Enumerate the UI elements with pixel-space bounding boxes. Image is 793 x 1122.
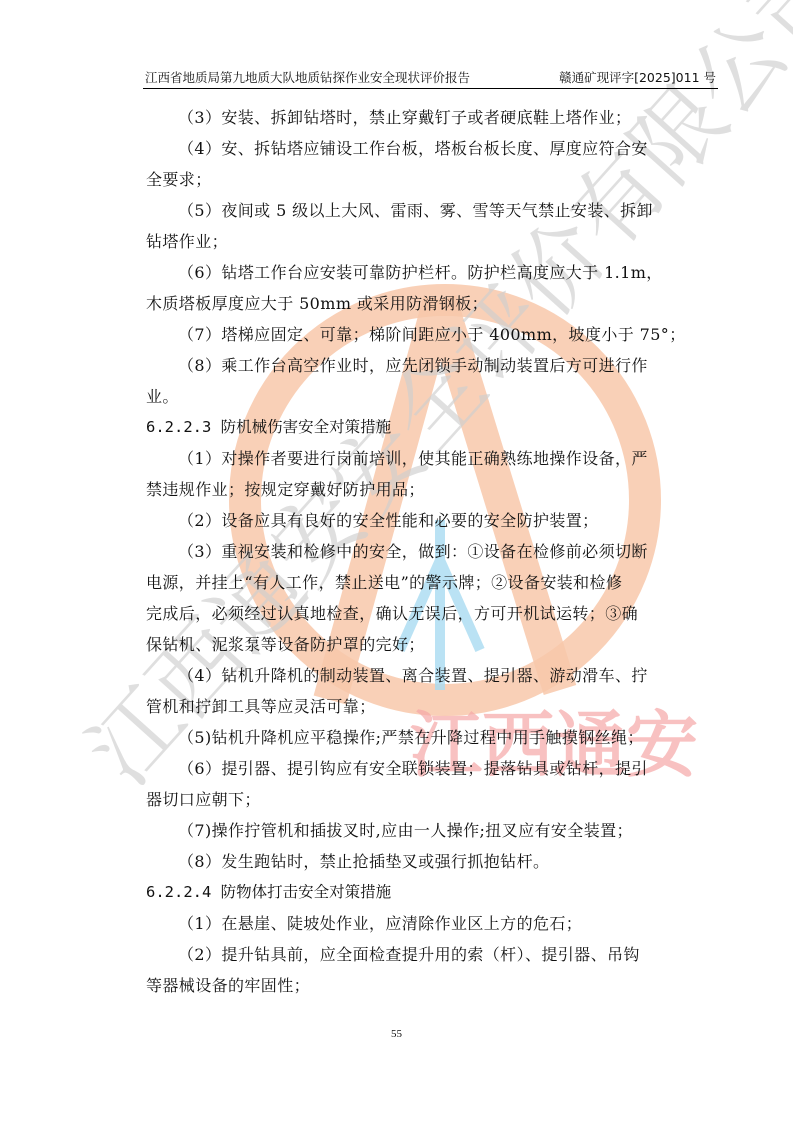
paragraph-line: （5）夜间或 5 级以上大风、雷雨、雾、雪等天气禁止安装、拆卸: [146, 195, 718, 226]
paragraph-line: （1）对操作者要进行岗前培训，使其能正确熟练地操作设备，严: [146, 443, 718, 474]
paragraph-line: 木质塔板厚度应大于 50mm 或采用防滑钢板；: [146, 288, 718, 319]
document-number: 赣通矿现评字[2025]011 号: [559, 70, 716, 86]
body-text: （3）安装、拆卸钻塔时，禁止穿戴钉子或者硬底鞋上塔作业；（4）安、拆钻塔应铺设工…: [146, 102, 718, 1001]
paragraph-line: （6）提引器、提引钩应有安全联锁装置；提落钻具或钻杆，提引: [146, 753, 718, 784]
paragraph-line: （4）钻机升降机的制动装置、离合装置、提引器、游动滑车、拧: [146, 660, 718, 691]
paragraph-line: 管机和拧卸工具等应灵活可靠；: [146, 691, 718, 722]
paragraph-line: （4）安、拆钻塔应铺设工作台板，塔板台板长度、厚度应符合安: [146, 133, 718, 164]
section-heading: 6.2.2.3 防机械伤害安全对策措施: [146, 412, 718, 443]
page-header: 江西省地质局第九地质大队地质钻探作业安全现状评价报告 赣通矿现评字[2025]0…: [143, 70, 718, 89]
paragraph-line: （2）设备应具有良好的安全性能和必要的安全防护装置；: [146, 505, 718, 536]
section-heading: 6.2.2.4 防物体打击安全对策措施: [146, 877, 718, 908]
paragraph-line: 禁违规作业；按规定穿戴好防护用品；: [146, 474, 718, 505]
paragraph-line: 等器械设备的牢固性；: [146, 970, 718, 1001]
paragraph-line: 器切口应朝下；: [146, 784, 718, 815]
paragraph-line: 电源，并挂上“有人工作，禁止送电”的警示牌；②设备安装和检修: [146, 567, 718, 598]
paragraph-line: （6）钻塔工作台应安装可靠防护栏杆。防护栏高度应大于 1.1m，: [146, 257, 718, 288]
paragraph-line: （3）安装、拆卸钻塔时，禁止穿戴钉子或者硬底鞋上塔作业；: [146, 102, 718, 133]
paragraph-line: 全要求；: [146, 164, 718, 195]
report-title: 江西省地质局第九地质大队地质钻探作业安全现状评价报告: [145, 70, 470, 86]
paragraph-line: （8）乘工作台高空作业时，应先闭锁手动制动装置后方可进行作: [146, 350, 718, 381]
document-page: 江西通安安全评价有限公司 江西通安 江西省地质局第九地质大队地质钻探作业安全现状…: [0, 0, 793, 1122]
page-number: 55: [0, 1028, 793, 1040]
paragraph-line: （8）发生跑钻时，禁止抢插垫叉或强行抓抱钻杆。: [146, 846, 718, 877]
paragraph-line: （2）提升钻具前，应全面检查提升用的索（杆）、提引器、吊钩: [146, 939, 718, 970]
paragraph-line: 保钻机、泥浆泵等设备防护罩的完好；: [146, 629, 718, 660]
paragraph-line: 完成后，必须经过认真地检查，确认无误后，方可开机试运转；③确: [146, 598, 718, 629]
paragraph-line: （5)钻机升降机应平稳操作;严禁在升降过程中用手触摸钢丝绳；: [146, 722, 718, 753]
paragraph-line: （3）重视安装和检修中的安全，做到：①设备在检修前必须切断: [146, 536, 718, 567]
paragraph-line: 业。: [146, 381, 718, 412]
paragraph-line: 钻塔作业；: [146, 226, 718, 257]
paragraph-line: （1）在悬崖、陡坡处作业，应清除作业区上方的危石；: [146, 908, 718, 939]
paragraph-line: （7）塔梯应固定、可靠；梯阶间距应小于 400mm，坡度小于 75°；: [146, 319, 718, 350]
paragraph-line: （7)操作拧管机和插拔叉时,应由一人操作;扭叉应有安全装置；: [146, 815, 718, 846]
